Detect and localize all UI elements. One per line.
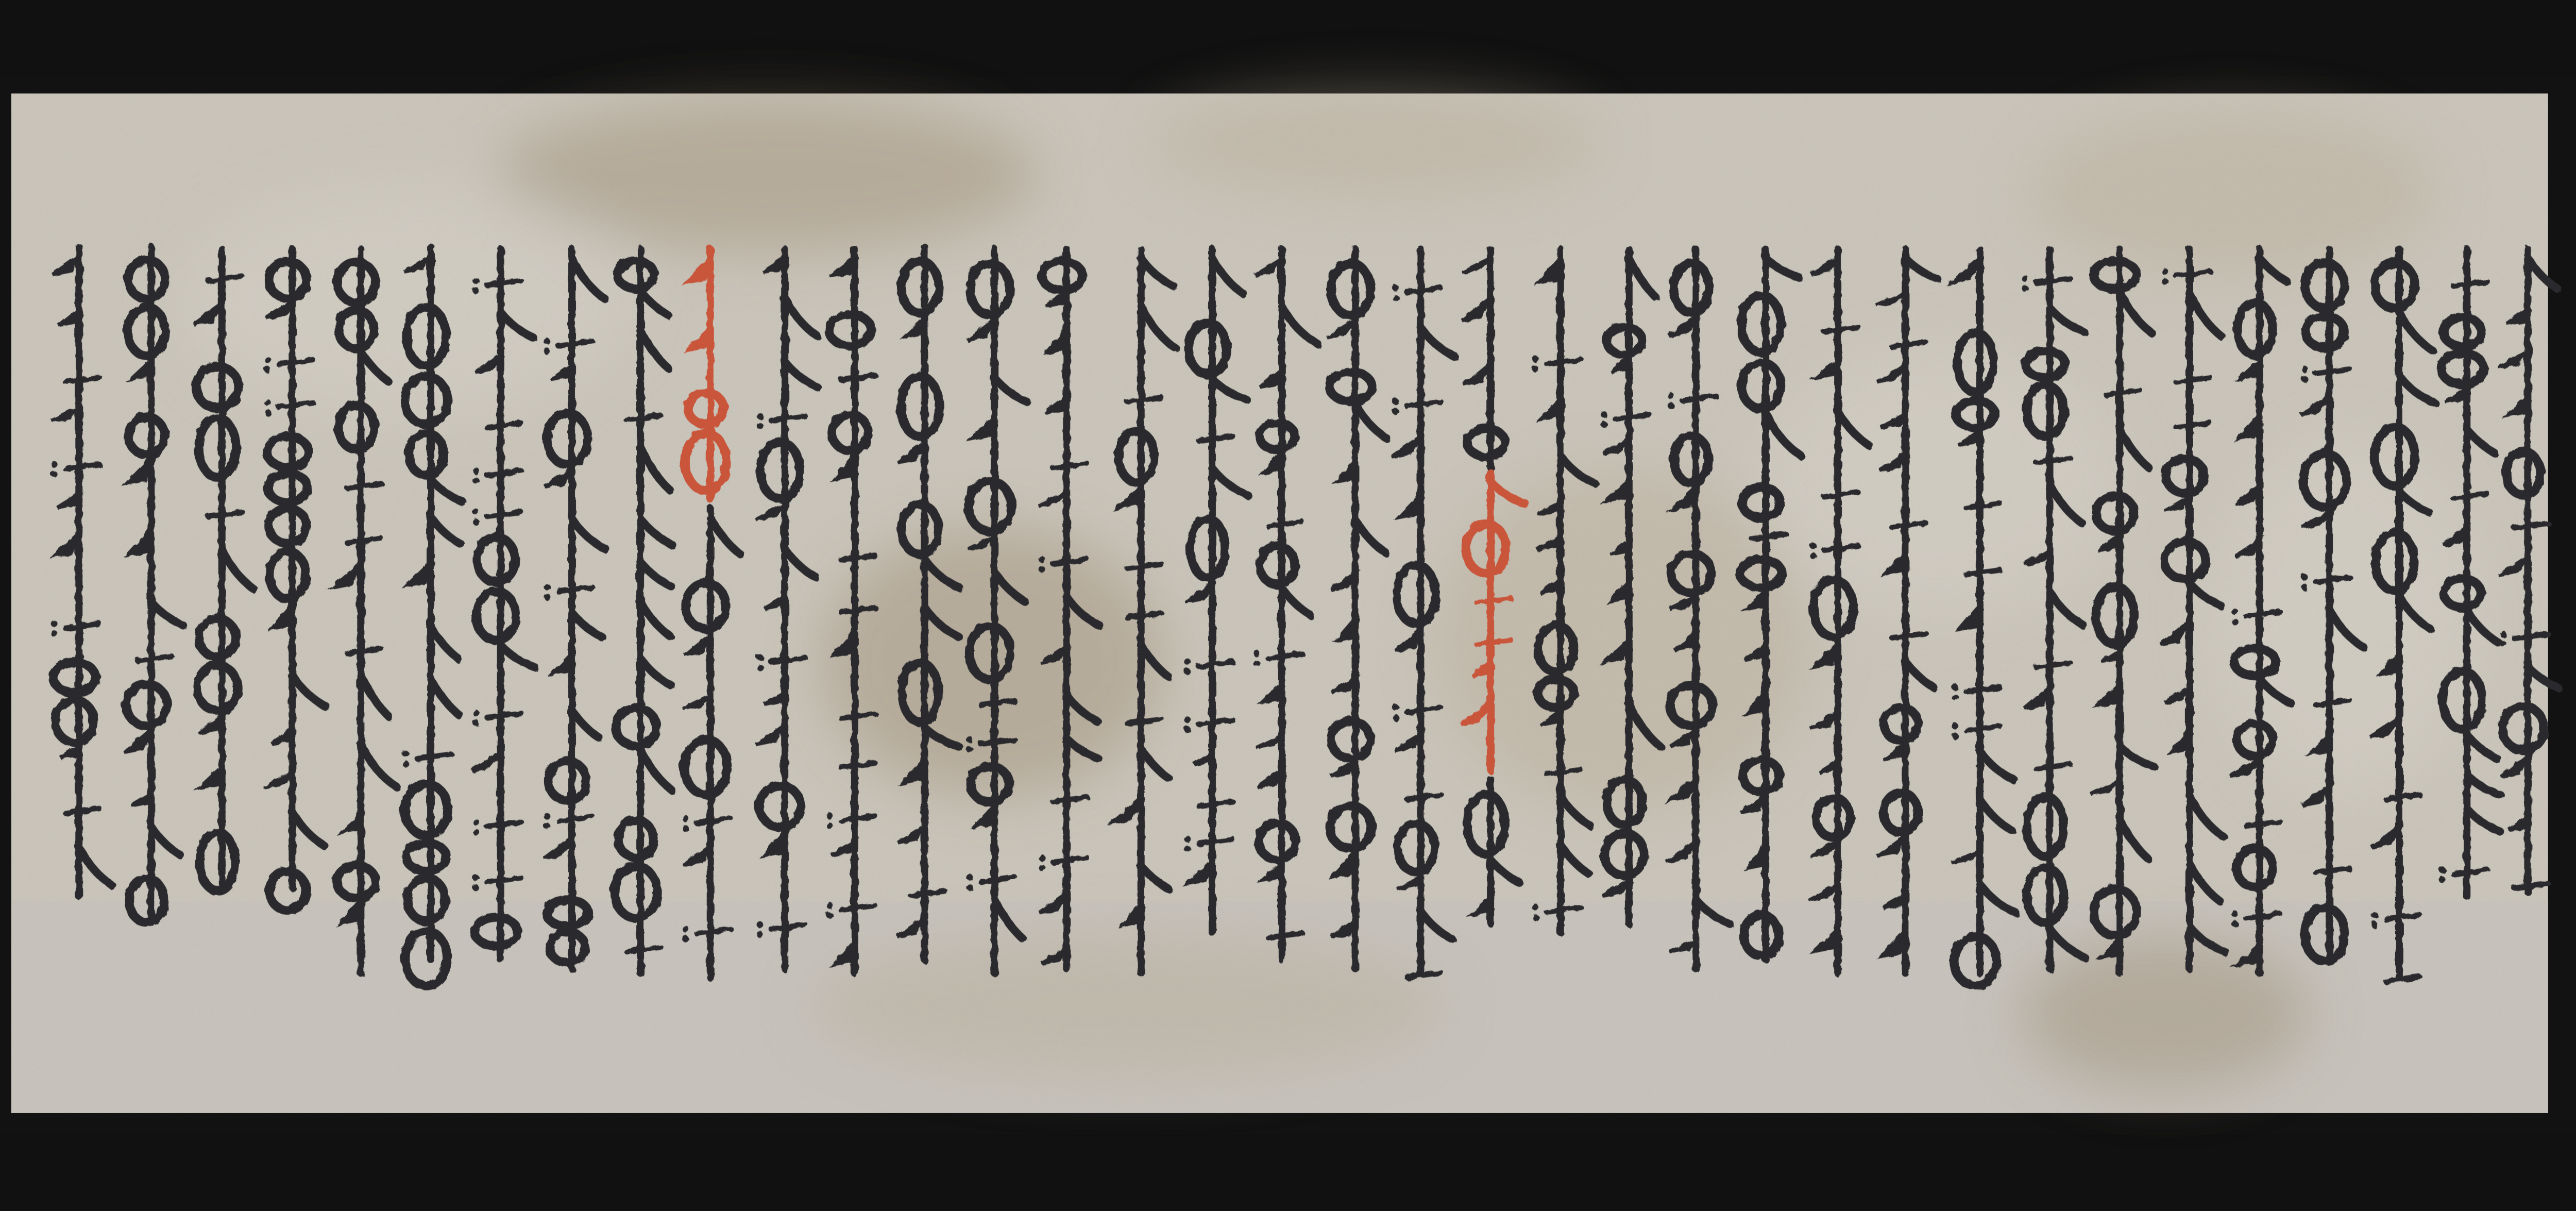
manuscript-page bbox=[11, 89, 2558, 1113]
manuscript-photo bbox=[0, 0, 2576, 1211]
